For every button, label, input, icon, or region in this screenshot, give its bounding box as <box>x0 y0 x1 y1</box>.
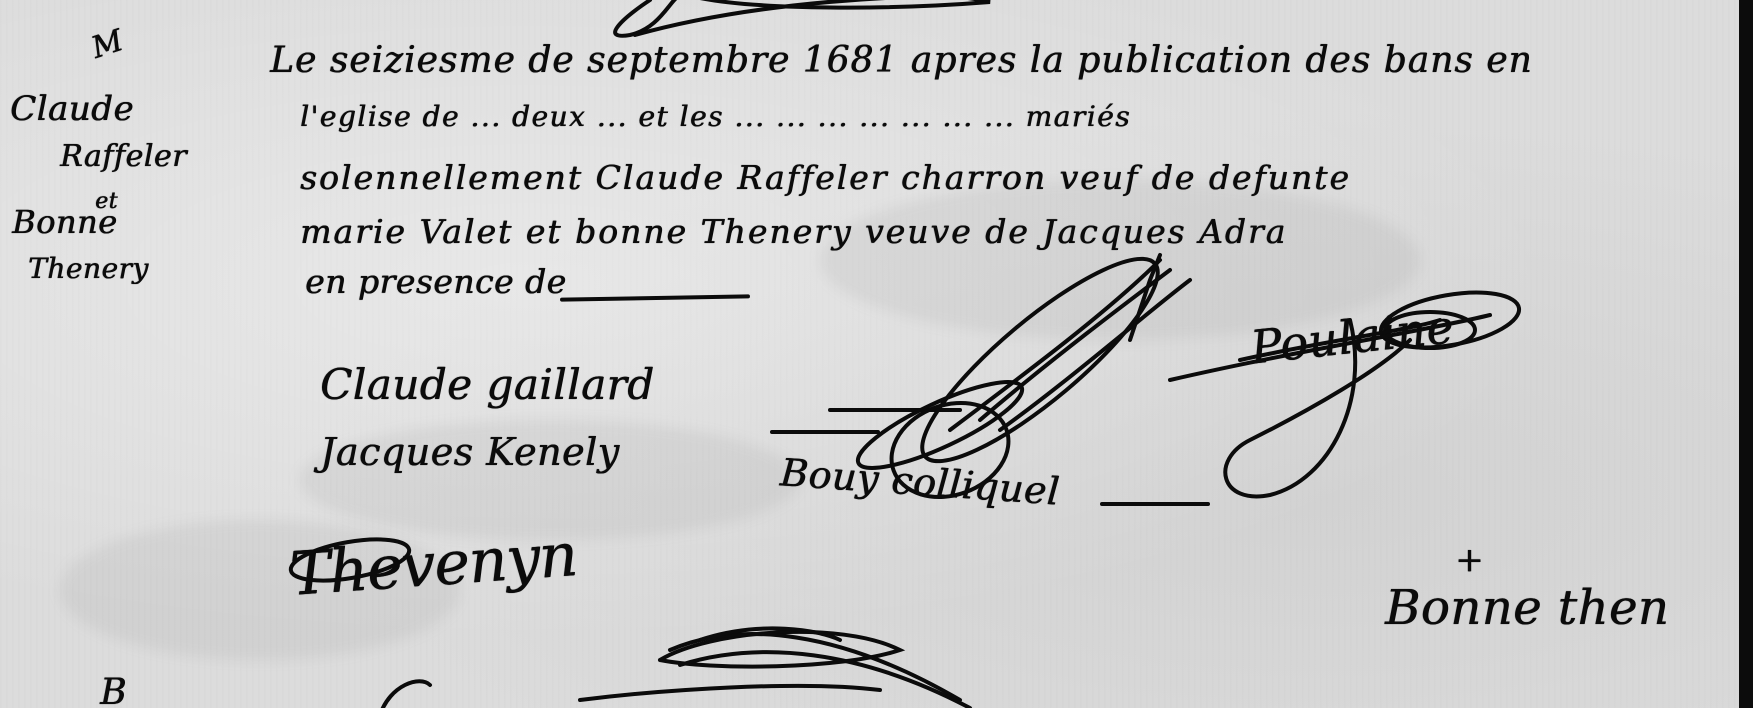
scan-edge-border <box>1739 0 1753 708</box>
line-filler-rule <box>560 294 750 301</box>
entry-line-4: marie Valet et bonne Thenery veuve de Ja… <box>300 212 1287 251</box>
entry-line-5: en presence de <box>305 262 567 301</box>
signature-bride: Bonne then <box>1385 580 1669 636</box>
entry-line-1: Le seiziesme de septembre 1681 apres la … <box>270 40 1533 81</box>
next-entry-fragment: B <box>100 672 127 708</box>
margin-groom-surname: Raffeler <box>60 140 187 174</box>
register-page: M Claude Raffeler et Bonne Thenery Le se… <box>0 0 1753 708</box>
margin-bride-first-name: Bonne <box>12 205 117 239</box>
margin-bride-surname: Thenery <box>28 252 149 286</box>
next-entry-flourish <box>370 675 450 708</box>
bride-cross-mark: + <box>1455 540 1484 580</box>
margin-marriage-mark: M <box>88 24 128 66</box>
signature-witness-2: Jacques Kenely <box>320 430 619 474</box>
entry-line-2: l'eglise de ... deux ... et les ... ... … <box>300 100 1131 133</box>
signature-witness-1: Claude gaillard <box>320 360 654 409</box>
margin-groom-first-name: Claude <box>10 92 134 126</box>
priest-paraph-flourish <box>1150 240 1550 520</box>
entry-line-3: solennellement Claude Raffeler charron v… <box>300 158 1351 197</box>
